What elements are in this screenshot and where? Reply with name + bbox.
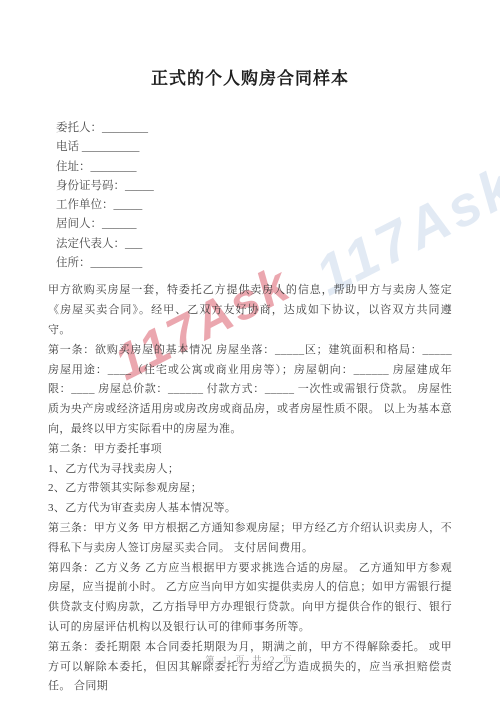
field-intermediary: 居间人：______: [56, 215, 452, 234]
paragraph-preamble: 甲方欲购买房屋一套，特委托乙方提供卖房人的信息，帮助甲方与卖房人签定《房屋买卖合…: [48, 281, 452, 340]
field-address: 住址：________: [56, 158, 452, 177]
contract-body: 甲方欲购买房屋一套，特委托乙方提供卖房人的信息，帮助甲方与卖房人签定《房屋买卖合…: [48, 281, 452, 697]
contract-document-page: 117Ask 117Ask 正式的个人购房合同样本 委托人：________ 电…: [0, 0, 500, 706]
clause-2-item-3: 3、乙方代为审查卖房人基本情况等。: [48, 499, 452, 519]
field-client: 委托人：________: [56, 119, 452, 138]
document-title: 正式的个人购房合同样本: [48, 64, 452, 89]
page-number: 第 1 页 共 2 页: [0, 653, 500, 666]
clause-2-item-2: 2、乙方带领其实际参观房屋；: [48, 479, 452, 499]
field-residence: 住所：_________: [56, 254, 452, 273]
document-content: 正式的个人购房合同样本 委托人：________ 电话 __________ 住…: [0, 0, 500, 697]
field-legal-representative: 法定代表人：___: [56, 235, 452, 254]
clause-2-item-1: 1、乙方代为寻找卖房人；: [48, 460, 452, 480]
form-fields: 委托人：________ 电话 __________ 住址：________ 身…: [48, 119, 452, 273]
field-id-number: 身份证号码：_____: [56, 177, 452, 196]
clause-1: 第一条：欲购买房屋的基本情况 房屋坐落：_____区；建筑面积和格局：_____…: [48, 341, 452, 440]
clause-2-heading: 第二条：甲方委托事项: [48, 440, 452, 460]
field-employer: 工作单位：_____: [56, 196, 452, 215]
clause-5: 第五条：委托期限 本合同委托期限为月，期满之前，甲方不得解除委托。 或甲方可以解…: [48, 638, 452, 697]
clause-3: 第三条：甲方义务 甲方根据乙方通知参观房屋；甲方经乙方介绍认识卖房人，不得私下与…: [48, 519, 452, 559]
field-phone: 电话 __________: [56, 138, 452, 157]
clause-4: 第四条：乙方义务 乙方应当根据甲方要求挑选合适的房屋。 乙方通知甲方参观房屋，应…: [48, 559, 452, 638]
